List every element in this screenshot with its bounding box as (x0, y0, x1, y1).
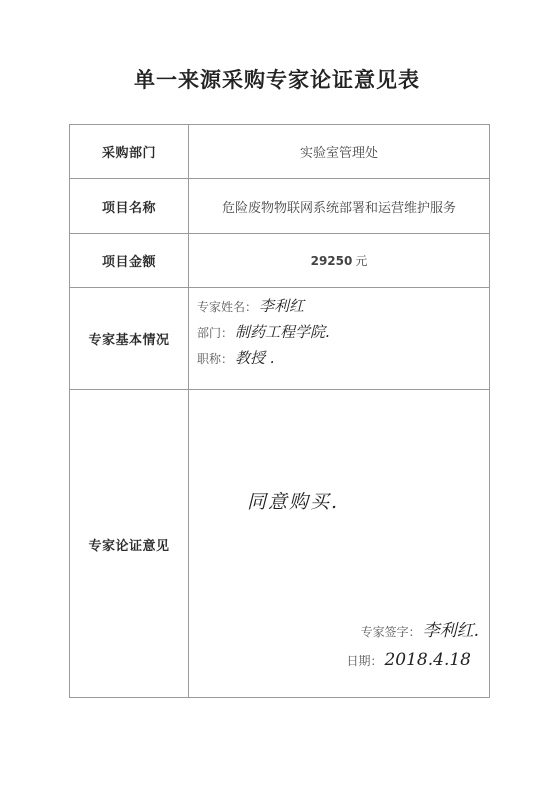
expert-name-handwritten: 李利红 (259, 297, 304, 315)
expert-name-line: 专家姓名：李利红 (197, 294, 330, 320)
expert-dept-label: 部门： (197, 326, 233, 340)
table-row-project-amount: 项目金额 29250 元 (70, 234, 489, 288)
amount-number: 29250 (311, 254, 353, 268)
project-amount-value: 29250 元 (189, 234, 489, 287)
table-row-expert-info: 专家基本情况 专家姓名：李利红 部门：制药工程学院. 职称：教授 . (70, 288, 489, 390)
date-handwritten: 2018.4.18 (384, 650, 471, 670)
expert-title-line: 职称：教授 . (197, 346, 330, 372)
expert-title-handwritten: 教授 . (235, 349, 275, 367)
expert-opinion-label: 专家论证意见 (70, 390, 189, 698)
opinion-handwritten-text: 同意购买. (247, 487, 339, 514)
signature-handwritten: 李利红. (423, 621, 479, 641)
table-row-project-name: 项目名称 危险废物物联网系统部署和运营维护服务 (70, 179, 489, 234)
purchasing-dept-value: 实验室管理处 (189, 125, 489, 178)
project-name-value: 危险废物物联网系统部署和运营维护服务 (189, 179, 489, 233)
signature-line: 专家签字：李利红. (361, 616, 479, 641)
document-title: 单一来源采购专家论证意见表 (0, 64, 554, 94)
amount-unit: 元 (355, 252, 367, 269)
expert-name-label: 专家姓名： (197, 300, 257, 314)
opinion-form-table: 采购部门 实验室管理处 项目名称 危险废物物联网系统部署和运营维护服务 项目金额… (69, 124, 490, 698)
signature-label: 专家签字： (361, 625, 421, 639)
table-row-purchasing-dept: 采购部门 实验室管理处 (70, 125, 489, 179)
date-line: 日期：2018.4.18 (346, 650, 471, 670)
date-label: 日期： (346, 654, 382, 668)
project-amount-label: 项目金额 (70, 234, 189, 287)
expert-dept-line: 部门：制药工程学院. (197, 320, 330, 346)
expert-title-label: 职称： (197, 352, 233, 366)
expert-info-cell: 专家姓名：李利红 部门：制药工程学院. 职称：教授 . (189, 288, 489, 389)
expert-dept-handwritten: 制药工程学院. (235, 323, 330, 341)
table-row-expert-opinion: 专家论证意见 同意购买. 专家签字：李利红. 日期：2018.4.18 (70, 390, 489, 698)
purchasing-dept-label: 采购部门 (70, 125, 189, 178)
expert-opinion-cell: 同意购买. 专家签字：李利红. 日期：2018.4.18 (189, 390, 489, 698)
project-name-label: 项目名称 (70, 179, 189, 233)
expert-info-label: 专家基本情况 (70, 288, 189, 389)
